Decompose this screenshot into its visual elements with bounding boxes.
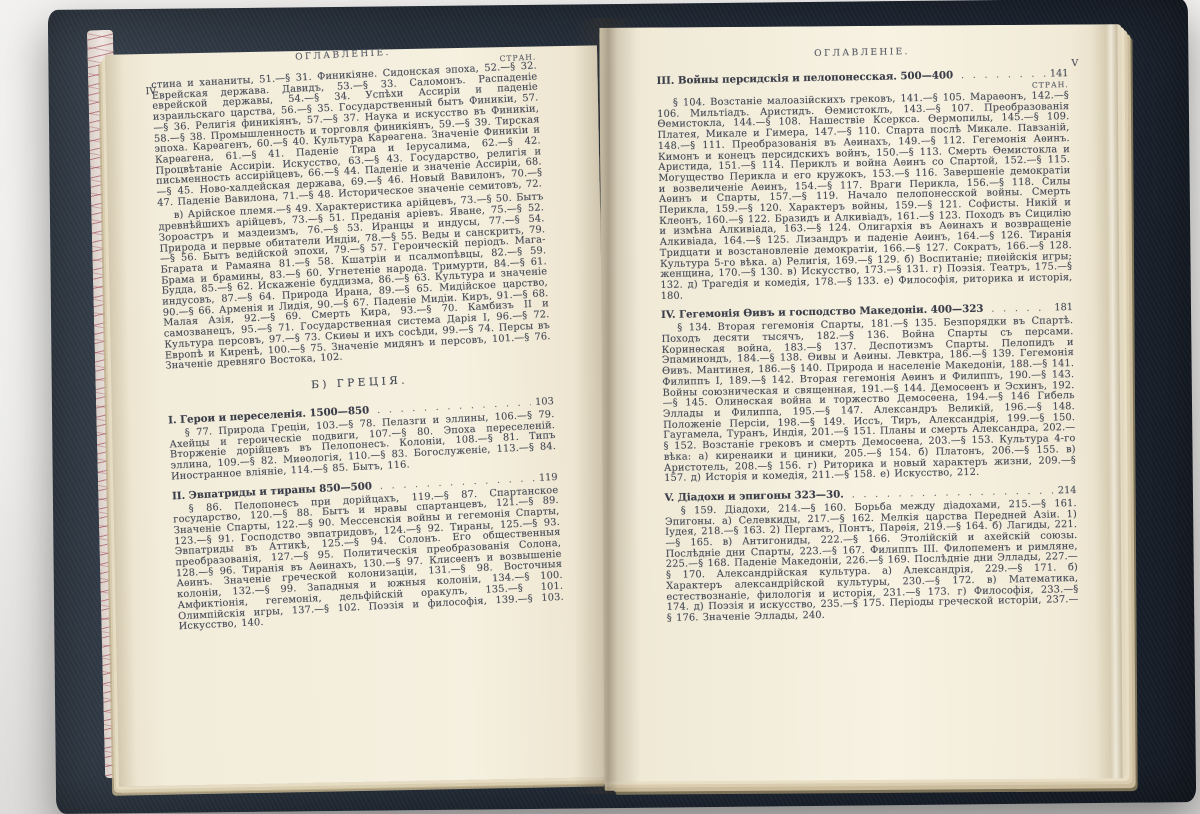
dot-leader: . . . . . . . . . . <box>991 304 1050 315</box>
toc-section-2-page: 119 <box>539 471 558 483</box>
toc-continuation-paragraph: стина и хананиты, 51.—§ 31. Финикіяне. С… <box>151 61 543 209</box>
toc-section-1-page: 103 <box>535 396 554 408</box>
part-heading-greece: Б) ГРЕЦІЯ. <box>167 367 553 399</box>
toc-section-4-body: § 134. Вторая гегемонія Спарты, 181.—§ 1… <box>661 316 1076 484</box>
toc-section-2-body: § 86. Пелопонесъ при дорійцахъ, 119.—§ 8… <box>173 485 565 633</box>
toc-section-1: I. Герои и переселенія. 1500—850 . . . .… <box>168 395 557 483</box>
toc-section-5: V. Діадохи и эпигоны 323—30. . . . . . .… <box>664 484 1078 625</box>
toc-section-4: IV. Гегемонія Ѳивъ и господство Македоні… <box>661 301 1076 484</box>
toc-section-4-page: 181 <box>1054 302 1073 313</box>
right-page-text: ОГЛАВЛЕНІЕ. V III. Войны персидскія и пе… <box>656 44 1079 627</box>
toc-section-3: III. Войны персидскія и пелопонесская. 5… <box>656 67 1072 302</box>
toc-arian-paragraph: в) Арійское племя.—§ 49. Характеристика … <box>158 193 552 373</box>
toc-section-5-page: 214 <box>1058 485 1077 496</box>
toc-section-3-body: § 104. Возстаніе малоазійскихъ грековъ, … <box>657 91 1073 302</box>
toc-section-5-title: V. Діадохи и эпигоны 323—30. <box>664 488 843 503</box>
photo-backdrop: ОГЛАВЛЕНІЕ. СТРАН. IV стина и хананиты, … <box>0 0 1200 814</box>
dot-leader: . . . . . . . . . . . . <box>961 70 1046 82</box>
toc-section-3-page: 141 <box>1050 68 1069 79</box>
right-page-number: V <box>1071 58 1078 69</box>
toc-section-5-body: § 159. Діадохи, 214.—§ 160. Борьба между… <box>665 499 1079 625</box>
left-page-text: ОГЛАВЛЕНІЕ. СТРАН. IV стина и хананиты, … <box>150 40 565 636</box>
toc-section-2: II. Эвпатриды и тираны 850—500 . . . . .… <box>172 470 565 633</box>
left-page-number: IV <box>145 86 156 98</box>
